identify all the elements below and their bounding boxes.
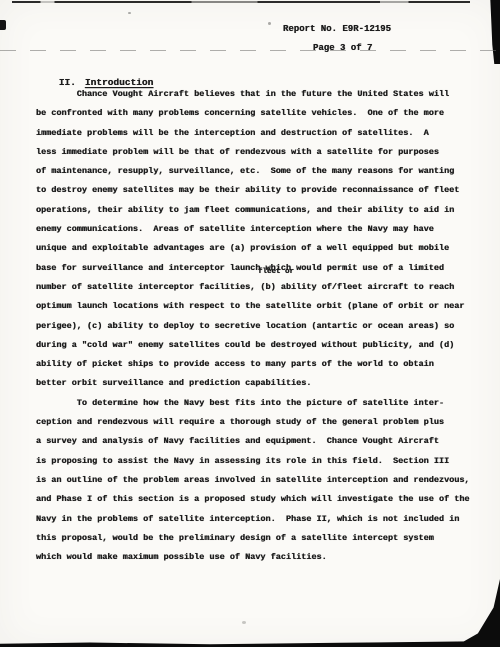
text-line: To determine how the Navy best fits into… (36, 394, 492, 413)
scan-artifact-left-mark (0, 20, 6, 30)
text-line: perigee), (c) ability to deploy to secre… (36, 317, 492, 336)
text-line: less immediate problem will be that of r… (36, 143, 492, 162)
text-line: which would make maximum possible use of… (36, 548, 492, 567)
text-line: better orbit surveillance and prediction… (36, 374, 492, 393)
scan-artifact-bottom-band (0, 641, 500, 647)
scan-artifact-bottom-right-wedge (454, 579, 500, 647)
text-line: enemy communications. Areas of satellite… (36, 220, 492, 239)
scan-speck (242, 621, 246, 624)
scan-speck (128, 12, 131, 14)
text-line: during a "cold war" enemy satellites cou… (36, 336, 492, 355)
text-line: is an outline of the problem areas invol… (36, 471, 492, 490)
text-line: this proposal, would be the preliminary … (36, 529, 492, 548)
text-line: is proposing to assist the Navy in asses… (36, 452, 492, 471)
text-line: ception and rendezvous will require a th… (36, 413, 492, 432)
scan-speck (268, 22, 271, 25)
page-number: Page 3 of 7 (313, 43, 391, 54)
text-line: ability of picket ships to provide acces… (36, 355, 492, 374)
text-line: of maintenance, resupply, surveillance, … (36, 162, 492, 181)
text-line: and Phase I of this section is a propose… (36, 490, 492, 509)
document-page: Report No. E9R-12195 Page 3 of 7 II.Intr… (0, 0, 500, 647)
text-line: to destroy enemy satellites may be their… (36, 181, 492, 200)
scan-artifact-top-right-bar (489, 0, 500, 64)
text-line: immediate problems will be the intercept… (36, 124, 492, 143)
report-header: Report No. E9R-12195 Page 3 of 7 (283, 24, 391, 54)
report-number: Report No. E9R-12195 (283, 24, 391, 35)
interlinear-insertion: fleet or (258, 268, 294, 276)
text-line: operations, their ability to jam fleet c… (36, 201, 492, 220)
text-line: be confronted with many problems concern… (36, 104, 492, 123)
text-line: number of satellite interceptor faciliti… (36, 278, 492, 297)
text-line: optimum launch locations with respect to… (36, 297, 492, 316)
document-body: Chance Vought Aircraft believes that in … (36, 85, 492, 567)
scan-artifact-dotted-line (0, 50, 500, 51)
text-line: unique and exploitable advantages are (a… (36, 239, 492, 258)
text-line: a survey and analysis of Navy facilities… (36, 432, 492, 451)
text-line: Navy in the problems of satellite interc… (36, 510, 492, 529)
scan-artifact-top-line (12, 1, 484, 3)
text-line: Chance Vought Aircraft believes that in … (36, 85, 492, 104)
